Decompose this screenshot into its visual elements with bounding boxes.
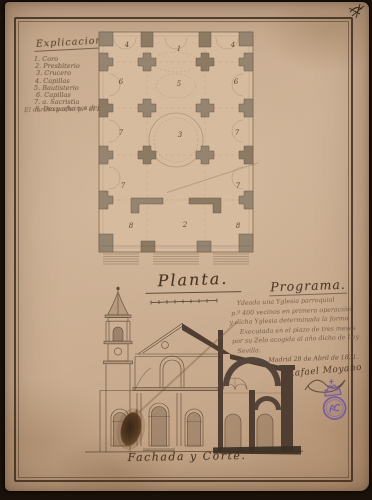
plan-room-label: 2 [179,221,191,229]
plan-room-label: 3 [174,131,186,139]
plan-room-label: 7 [231,129,243,137]
plan-room-label: 4 [227,41,239,49]
plan-room-label: 6 [230,78,242,86]
academy-stamp-icon [310,376,360,431]
floor-plan-drawing [95,28,257,266]
plan-room-label: 7 [115,129,127,137]
facade-section-drawing [85,286,305,458]
ink-mark-icon [346,2,370,22]
plan-room-label: 1 [173,45,185,53]
scanned-architectural-drawing: Explicacion 1. Coro 2. Presbiterio 3. Cr… [0,0,372,500]
plan-room-label: 6 [115,78,127,86]
plan-room-label: 4 [121,41,133,49]
plan-room-label: 7 [232,182,244,190]
plan-room-label: 5 [173,80,185,88]
plan-room-label: 8 [232,222,244,230]
plan-room-label: 8 [125,222,137,230]
plan-room-label: 7 [117,182,129,190]
